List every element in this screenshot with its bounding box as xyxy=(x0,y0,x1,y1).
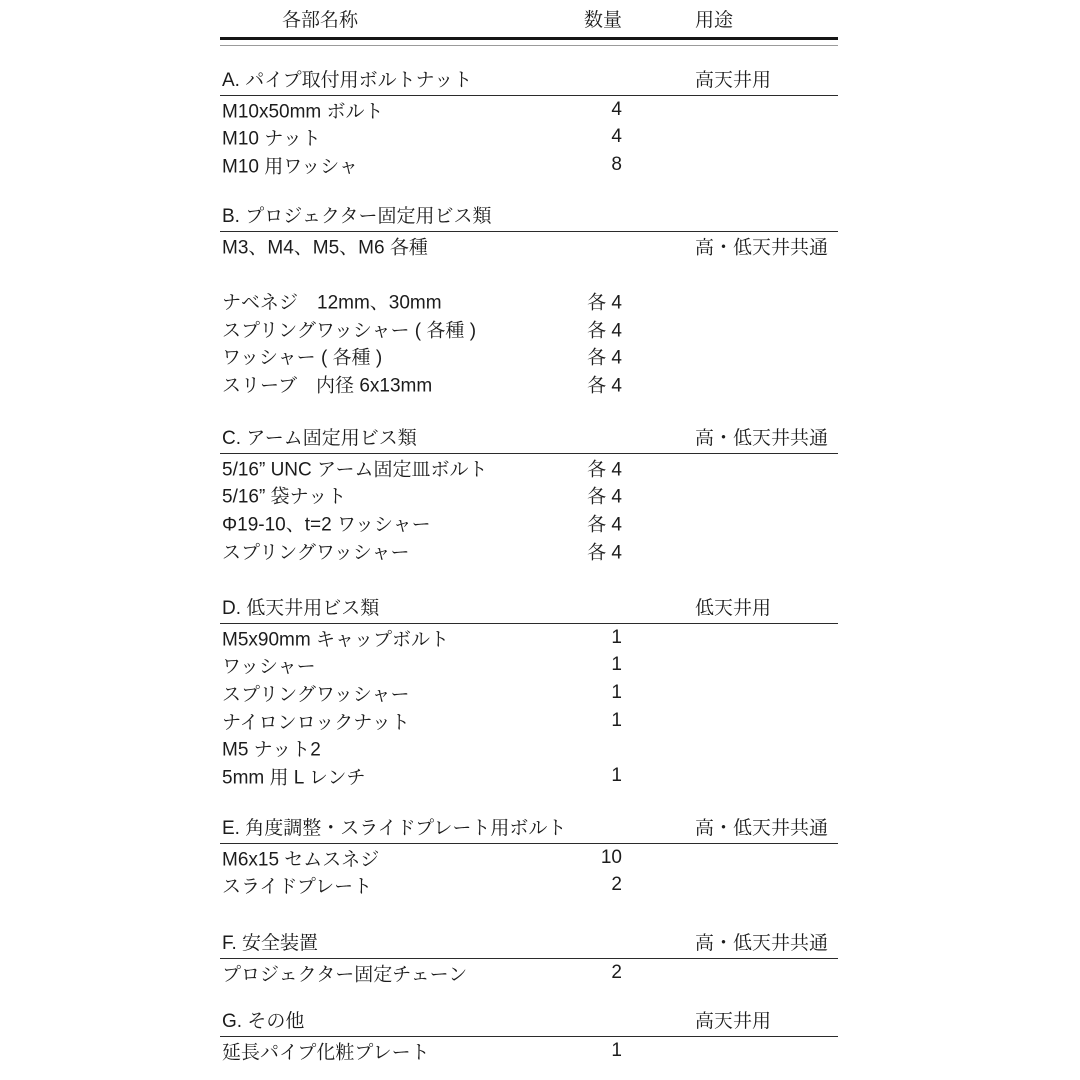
section-header: D. 低天井用ビス類 低天井用 xyxy=(220,595,838,624)
row-part-name: 5/16” 袋ナット xyxy=(222,482,346,509)
table-row: M10x50mm ボルト4 xyxy=(220,96,838,124)
section-d: D. 低天井用ビス類 低天井用 M5x90mm キャップボルト1ワッシャー1スプ… xyxy=(220,595,838,790)
row-part-name: スプリングワッシャー xyxy=(222,537,410,564)
section-rows: M10x50mm ボルト4M10 ナット4M10 用ワッシャ8 xyxy=(220,96,838,179)
row-part-name: M6x15 セムスネジ xyxy=(222,844,379,871)
row-quantity: 1 xyxy=(502,1040,622,1062)
section-use: 高・低天井共通 xyxy=(695,423,828,450)
row-quantity: 各 4 xyxy=(502,482,622,509)
row-part-name: M10 ナット xyxy=(222,124,321,151)
table-row: スプリングワッシャー ( 各種 )各 4 xyxy=(220,315,838,343)
row-part-name: ワッシャー xyxy=(222,652,316,679)
table-row: 延長パイプ化粧プレート1 xyxy=(220,1037,838,1065)
row-quantity: 1 xyxy=(502,765,622,787)
row-part-name: ナベネジ 12mm、30mm xyxy=(222,287,442,314)
row-usage: 高・低天井共通 xyxy=(695,232,828,259)
row-part-name: スプリングワッシャー ( 各種 ) xyxy=(222,315,476,342)
row-part-name: M10x50mm ボルト xyxy=(222,96,384,123)
section-header: B. プロジェクター固定用ビス類 xyxy=(220,203,838,232)
row-part-name: M10 用ワッシャ xyxy=(222,151,358,178)
row-part-name: M5x90mm キャップボルト xyxy=(222,624,449,651)
row-quantity: 1 xyxy=(502,682,622,704)
section-rows: プロジェクター固定チェーン2 xyxy=(220,959,838,987)
row-quantity: 1 xyxy=(502,710,622,732)
row-part-name: スプリングワッシャー xyxy=(222,679,410,706)
table-row: スライドプレート2 xyxy=(220,872,838,900)
row-quantity: 各 4 xyxy=(502,315,622,342)
row-quantity: 各 4 xyxy=(502,370,622,397)
row-part-name: スライドプレート xyxy=(222,872,372,899)
table-row: M5x90mm キャップボルト1 xyxy=(220,624,838,652)
section-use: 高天井用 xyxy=(695,65,771,92)
row-quantity: 8 xyxy=(502,154,622,176)
section-header: G. その他 高天井用 xyxy=(220,1008,838,1037)
table-row: 5mm 用 L レンチ1 xyxy=(220,762,838,790)
table-row: M3、M4、M5、M6 各種高・低天井共通 xyxy=(220,232,838,260)
row-quantity: 10 xyxy=(502,847,622,869)
row-quantity: 2 xyxy=(502,874,622,896)
table-row: スプリングワッシャー1 xyxy=(220,679,838,707)
table-row: M10 ナット4 xyxy=(220,124,838,152)
row-part-name: 延長パイプ化粧プレート xyxy=(222,1037,430,1064)
row-quantity: 4 xyxy=(502,99,622,121)
table-row: スプリングワッシャー各 4 xyxy=(220,537,838,565)
row-part-name: スリーブ 内径 6x13mm xyxy=(222,370,432,397)
row-quantity: 各 4 xyxy=(502,287,622,314)
table-row: M5 ナット2 xyxy=(220,734,838,762)
row-part-name: ナイロンロックナット xyxy=(222,707,410,734)
table-row: ワッシャー1 xyxy=(220,652,838,680)
table-row: 5/16” 袋ナット各 4 xyxy=(220,482,838,510)
table-row: 5/16” UNC アーム固定皿ボルト各 4 xyxy=(220,454,838,482)
section-f: F. 安全装置 高・低天井共通 プロジェクター固定チェーン2 xyxy=(220,930,838,987)
row-quantity: 各 4 xyxy=(502,509,622,536)
row-quantity: 4 xyxy=(502,126,622,148)
table-row: スリーブ 内径 6x13mm各 4 xyxy=(220,370,838,398)
section-use: 高・低天井共通 xyxy=(695,813,828,840)
table-header-row: 各部名称 数量 用途 xyxy=(220,0,838,40)
row-part-name: ワッシャー ( 各種 ) xyxy=(222,343,382,370)
column-header-use: 用途 xyxy=(695,5,733,32)
row-part-name: M3、M4、M5、M6 各種 xyxy=(222,232,428,259)
section-rows: 延長パイプ化粧プレート1 xyxy=(220,1037,838,1065)
column-header-name: 各部名称 xyxy=(282,5,358,32)
section-title: A. パイプ取付用ボルトナット xyxy=(222,65,472,92)
section-rows: 5/16” UNC アーム固定皿ボルト各 45/16” 袋ナット各 4Φ19-1… xyxy=(220,454,838,564)
row-part-name: 5/16” UNC アーム固定皿ボルト xyxy=(222,454,487,481)
section-e: E. 角度調整・スライドプレート用ボルト 高・低天井共通 M6x15 セムスネジ… xyxy=(220,815,838,899)
section-header: E. 角度調整・スライドプレート用ボルト 高・低天井共通 xyxy=(220,815,838,844)
section-a: A. パイプ取付用ボルトナット 高天井用 M10x50mm ボルト4M10 ナッ… xyxy=(220,67,838,179)
section-b: B. プロジェクター固定用ビス類 M3、M4、M5、M6 各種高・低天井共通ナベ… xyxy=(220,203,838,398)
section-c: C. アーム固定用ビス類 高・低天井共通 5/16” UNC アーム固定皿ボルト… xyxy=(220,425,838,564)
section-use: 高・低天井共通 xyxy=(695,928,828,955)
row-part-name: Φ19-10、t=2 ワッシャー xyxy=(222,509,431,536)
section-title: C. アーム固定用ビス類 xyxy=(222,423,417,450)
row-quantity: 各 4 xyxy=(502,343,622,370)
row-part-name: M5 ナット2 xyxy=(222,735,321,762)
header-double-rule xyxy=(220,45,838,46)
section-rows: M6x15 セムスネジ10スライドプレート2 xyxy=(220,844,838,899)
row-quantity: 2 xyxy=(502,962,622,984)
row-quantity: 1 xyxy=(502,654,622,676)
section-title: B. プロジェクター固定用ビス類 xyxy=(222,201,491,228)
table-row: ナイロンロックナット1 xyxy=(220,707,838,735)
table-row xyxy=(220,260,838,288)
row-part-name: 5mm 用 L レンチ xyxy=(222,762,365,789)
section-rows: M3、M4、M5、M6 各種高・低天井共通ナベネジ 12mm、30mm各 4スプ… xyxy=(220,232,838,398)
table-row: M6x15 セムスネジ10 xyxy=(220,844,838,872)
table-row: Φ19-10、t=2 ワッシャー各 4 xyxy=(220,509,838,537)
section-use: 高天井用 xyxy=(695,1006,771,1033)
row-quantity: 各 4 xyxy=(502,537,622,564)
section-title: D. 低天井用ビス類 xyxy=(222,593,379,620)
section-g: G. その他 高天井用 延長パイプ化粧プレート1 xyxy=(220,1008,838,1065)
section-title: F. 安全装置 xyxy=(222,928,318,955)
row-quantity: 1 xyxy=(502,627,622,649)
column-header-qty: 数量 xyxy=(502,5,622,32)
section-title: G. その他 xyxy=(222,1006,304,1033)
table-row: M10 用ワッシャ8 xyxy=(220,151,838,179)
table-row: ナベネジ 12mm、30mm各 4 xyxy=(220,287,838,315)
table-row: ワッシャー ( 各種 )各 4 xyxy=(220,342,838,370)
section-header: A. パイプ取付用ボルトナット 高天井用 xyxy=(220,67,838,96)
section-rows: M5x90mm キャップボルト1ワッシャー1スプリングワッシャー1ナイロンロック… xyxy=(220,624,838,790)
section-header: F. 安全装置 高・低天井共通 xyxy=(220,930,838,959)
manual-page: { "page": { "background_color": "#ffffff… xyxy=(0,0,1080,1080)
section-use: 低天井用 xyxy=(695,593,771,620)
row-part-name: プロジェクター固定チェーン xyxy=(222,959,467,986)
row-quantity: 各 4 xyxy=(502,454,622,481)
table-row: プロジェクター固定チェーン2 xyxy=(220,959,838,987)
section-title: E. 角度調整・スライドプレート用ボルト xyxy=(222,813,566,840)
section-header: C. アーム固定用ビス類 高・低天井共通 xyxy=(220,425,838,454)
